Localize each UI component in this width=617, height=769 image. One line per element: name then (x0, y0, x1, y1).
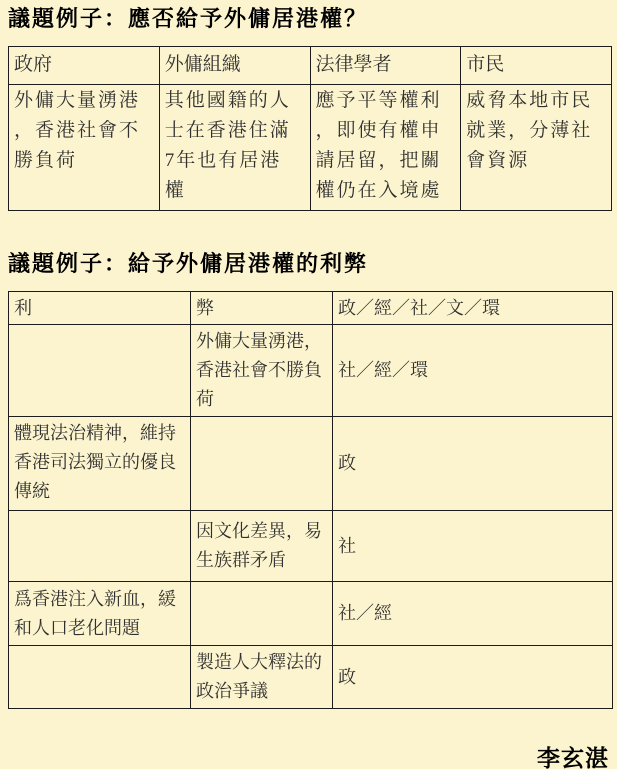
table-cell-category: 社／經／環 (333, 325, 613, 417)
document-page: 議題例子：應否給予外傭居港權？ 政府 外傭組織 法律學者 市民 外傭大量湧港 ，… (0, 0, 617, 769)
table-row: 製造人大釋法的 政治爭議 政 (9, 646, 613, 709)
column-header-government: 政府 (9, 47, 160, 85)
table-cell: 外傭大量湧港， 香港社會不勝負 荷 (191, 325, 333, 417)
table-cell-category: 社／經 (333, 582, 613, 646)
table-row: 體現法治精神，維持 香港司法獨立的優良 傳統 政 (9, 417, 613, 511)
table-cell (9, 511, 191, 582)
table-cell (191, 417, 333, 511)
table-cell: 威脅本地市民 就業，分薄社 會資源 (461, 85, 612, 211)
pros-cons-header-row: 利 弊 政／經／社／文／環 (9, 292, 613, 325)
table-row: 外傭大量湧港， 香港社會不勝負 荷 社／經／環 (9, 325, 613, 417)
stakeholder-header-row: 政府 外傭組織 法律學者 市民 (9, 47, 612, 85)
table-cell-category: 社 (333, 511, 613, 582)
column-header-helper-orgs: 外傭組織 (159, 47, 310, 85)
table-cell: 爲香港注入新血，緩 和人口老化問題 (9, 582, 191, 646)
table-row: 外傭大量湧港 ，香港社會不 勝負荷 其他國籍的人 士在香港住滿 7年也有居港 權… (9, 85, 612, 211)
table-cell: 其他國籍的人 士在香港住滿 7年也有居港 權 (159, 85, 310, 211)
table-cell (191, 582, 333, 646)
section2-title: 議題例子：給予外傭居港權的利弊 (8, 251, 611, 277)
table-cell (9, 646, 191, 709)
column-header-categories: 政／經／社／文／環 (333, 292, 613, 325)
table-cell: 製造人大釋法的 政治爭議 (191, 646, 333, 709)
section1-title: 議題例子：應否給予外傭居港權？ (8, 6, 611, 32)
pros-cons-table: 利 弊 政／經／社／文／環 外傭大量湧港， 香港社會不勝負 荷 社／經／環 體現… (8, 291, 613, 709)
table-cell: 因文化差異，易 生族群矛盾 (191, 511, 333, 582)
table-cell-category: 政 (333, 417, 613, 511)
table-row: 爲香港注入新血，緩 和人口老化問題 社／經 (9, 582, 613, 646)
stakeholder-views-table: 政府 外傭組織 法律學者 市民 外傭大量湧港 ，香港社會不 勝負荷 其他國籍的人… (8, 46, 612, 211)
table-row: 因文化差異，易 生族群矛盾 社 (9, 511, 613, 582)
table-cell: 應予平等權利 ，即使有權申 請居留，把關 權仍在入境處 (310, 85, 461, 211)
table-cell (9, 325, 191, 417)
table-cell: 外傭大量湧港 ，香港社會不 勝負荷 (9, 85, 160, 211)
table-cell-category: 政 (333, 646, 613, 709)
column-header-legal-scholars: 法律學者 (310, 47, 461, 85)
column-header-citizens: 市民 (461, 47, 612, 85)
column-header-cons: 弊 (191, 292, 333, 325)
author-signature: 李玄湛 (8, 740, 609, 769)
column-header-pros: 利 (9, 292, 191, 325)
table-cell: 體現法治精神，維持 香港司法獨立的優良 傳統 (9, 417, 191, 511)
